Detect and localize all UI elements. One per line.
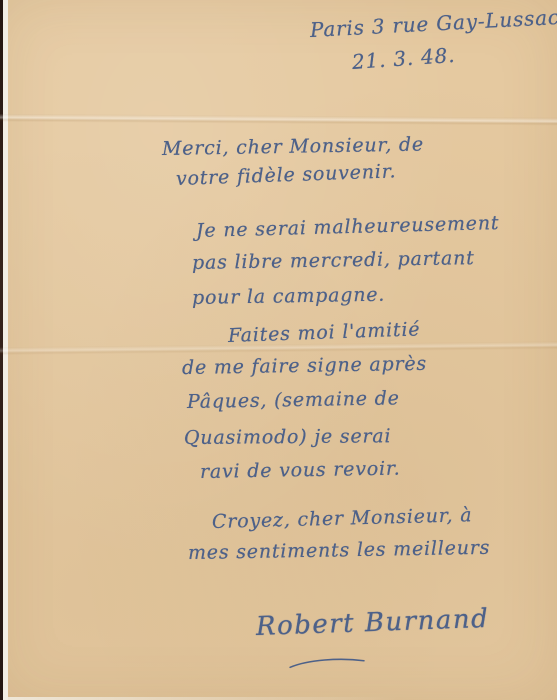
letter-address: Paris 3 rue Gay-Lussac <box>309 5 557 42</box>
letter-body-line: mes sentiments les meilleurs <box>188 537 491 564</box>
signature-flourish <box>288 655 368 672</box>
letter-body-line: Je ne serai malheureusement <box>196 212 500 242</box>
letter-date: 21. 3. 48. <box>351 43 456 74</box>
letter-body-line: votre fidèle souvenir. <box>176 160 397 190</box>
letter-body-line: Faites moi l'amitié <box>228 318 421 347</box>
handwritten-letter-scan: Paris 3 rue Gay-Lussac 21. 3. 48. Merci,… <box>0 0 557 700</box>
letter-body-line: Quasimodo) je serai <box>184 425 392 449</box>
letter-body-line: pas libre mercredi, partant <box>192 247 475 274</box>
letter-body-line: Pâques, (semaine de <box>187 387 400 413</box>
letter-signature: Robert Burnand <box>255 604 489 642</box>
scan-edge-white <box>3 0 8 700</box>
fold-crease-top <box>0 114 557 126</box>
letter-body-line: de me faire signe après <box>182 353 427 379</box>
letter-body-line: Merci, cher Monsieur, de <box>162 133 424 160</box>
letter-body-line: ravi de vous revoir. <box>200 458 401 483</box>
letter-body-line: Croyez, cher Monsieur, à <box>212 504 473 533</box>
letter-body-line: pour la campagne. <box>192 284 386 309</box>
